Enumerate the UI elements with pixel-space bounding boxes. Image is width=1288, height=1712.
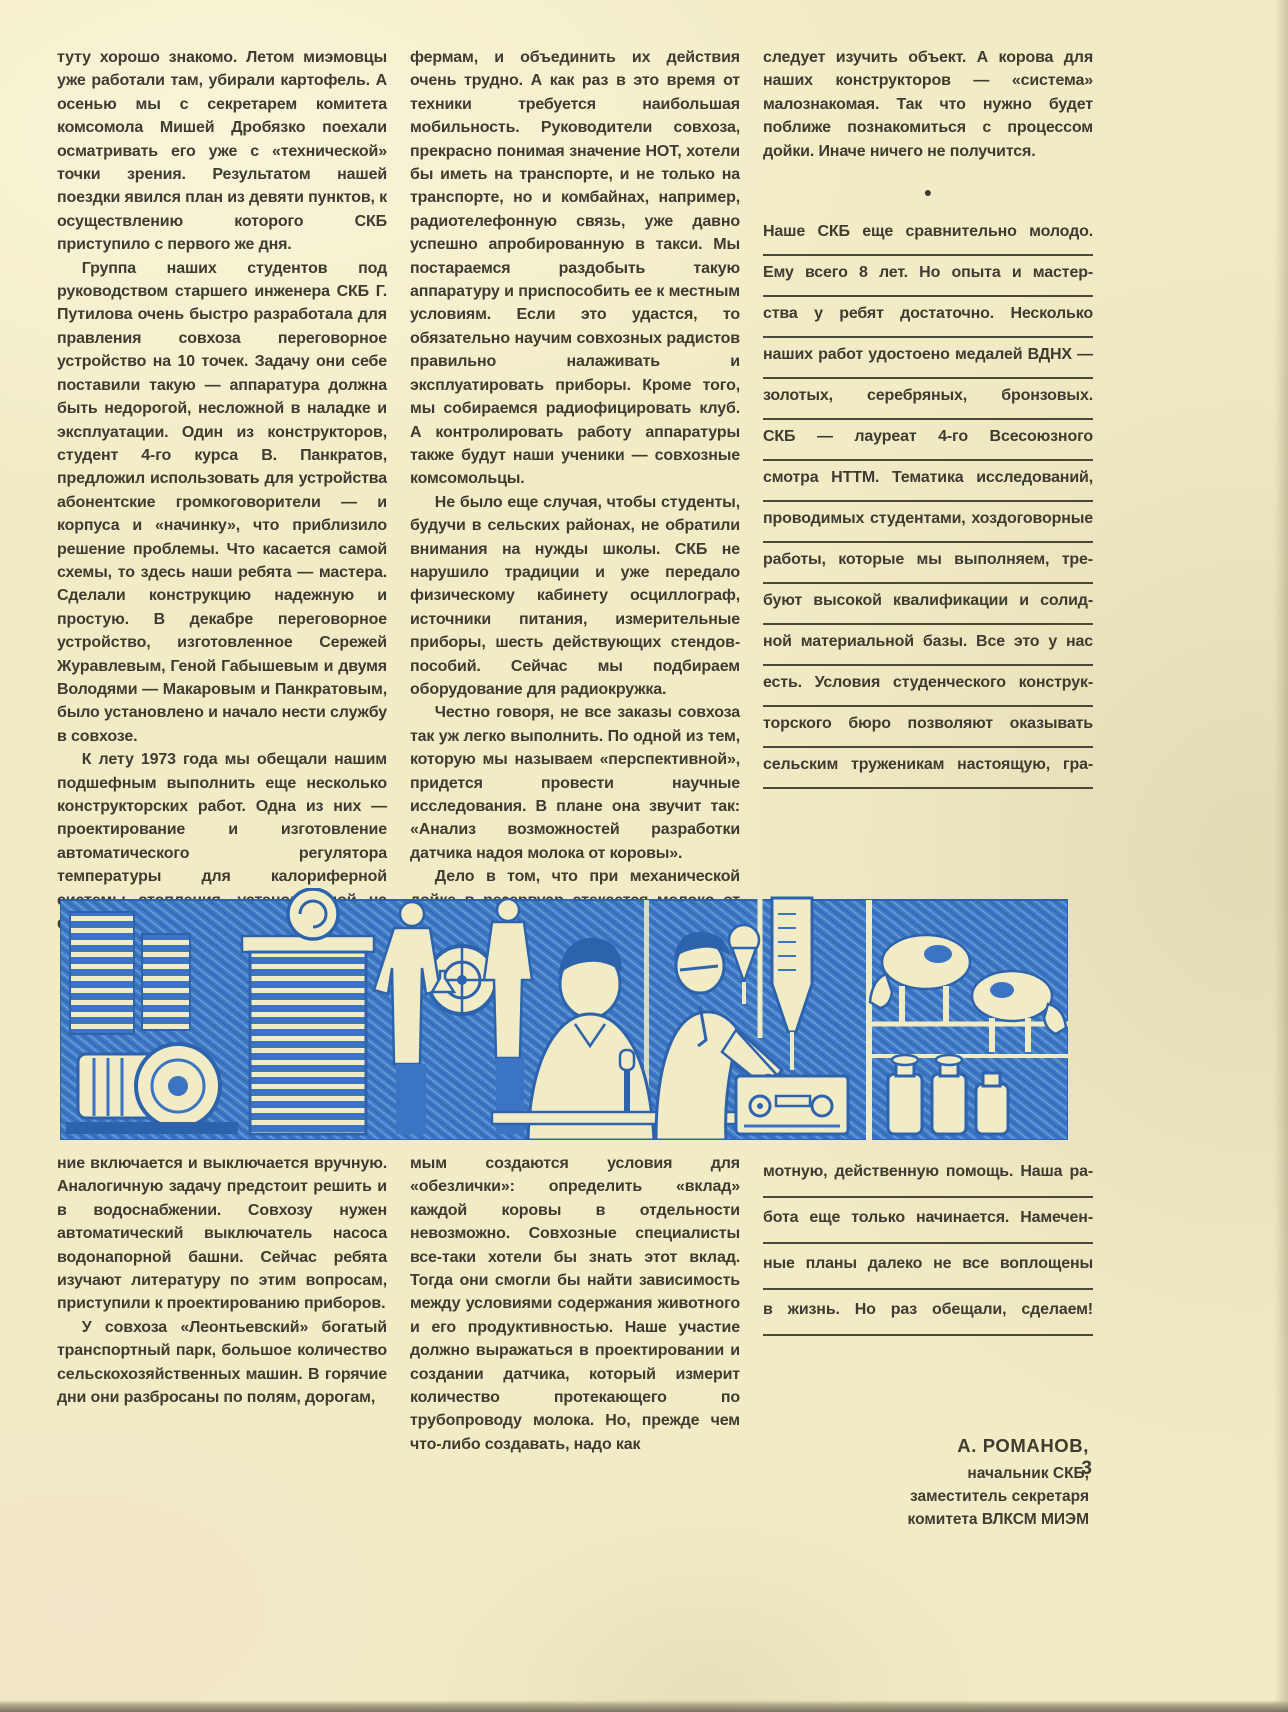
ruled-text-line: буют высокой квалификации и солид- <box>763 584 1093 625</box>
ruled-text-line: Ему всего 8 лет. Но опыта и мастер- <box>763 256 1093 297</box>
text-column-bottom-right: мотную, действенную помощь. Наша ра-бота… <box>763 1152 1093 1531</box>
ruled-text-line: золотых, серебряных, бронзовых. <box>763 379 1093 420</box>
signature-line: заместитель секретаря <box>763 1485 1089 1508</box>
paragraph: туту хорошо знакомо. Летом миэмовцы уже … <box>57 46 387 257</box>
scan-edge-right <box>1274 0 1288 1712</box>
ruled-text-block: мотную, действенную помощь. Наша ра-бота… <box>763 1152 1093 1336</box>
ruled-text-line: ства у ребят достаточно. Несколько <box>763 297 1093 338</box>
ruled-text-line: бота еще только начинается. Намечен- <box>763 1198 1093 1244</box>
ruled-text-line: торского бюро позволяют оказывать <box>763 707 1093 748</box>
ruled-text-line: Наше СКБ еще сравнительно молодо. <box>763 215 1093 256</box>
ruled-text-line: проводимых студентами, хоздоговорные <box>763 502 1093 543</box>
ruled-text-line: есть. Условия студенческого конструк- <box>763 666 1093 707</box>
workshop-illustration-svg <box>60 888 1068 1140</box>
paragraph: Не было еще случая, чтобы студенты, буду… <box>410 491 740 702</box>
paragraph: Группа наших студентов под руководством … <box>57 257 387 749</box>
ruled-text-line: наших работ удостоено медалей ВДНХ — <box>763 338 1093 379</box>
ruled-text-line: СКБ — лауреат 4-го Всесоюзного <box>763 420 1093 461</box>
ruled-text-line: смотра НТТМ. Тематика исследований, <box>763 461 1093 502</box>
ruled-text-block: Наше СКБ еще сравнительно молодо.Ему все… <box>763 215 1093 789</box>
paragraph: мым создаются условия для «обезлички»: о… <box>410 1152 740 1456</box>
ruled-text-line: сельским труженикам настоящую, гра- <box>763 748 1093 789</box>
ruled-text-line: работы, которые мы выполняем, тре- <box>763 543 1093 584</box>
ruled-text-line: в жизнь. Но раз обещали, сделаем! <box>763 1290 1093 1336</box>
text-column-top-right: следует изучить объект. А корова для наш… <box>763 46 1093 789</box>
ruled-text-line: ной материальной базы. Все это у нас <box>763 625 1093 666</box>
text-column-top-left: туту хорошо знакомо. Летом миэмовцы уже … <box>57 46 387 935</box>
signature-line: начальник СКБ, <box>763 1462 1089 1485</box>
section-divider-bullet-icon: ● <box>763 185 1093 199</box>
ruled-text-line: ные планы далеко не все воплощены <box>763 1244 1093 1290</box>
text-column-top-middle: фермам, и объединить их действия очень т… <box>410 46 740 935</box>
paragraph: фермам, и объединить их действия очень т… <box>410 46 740 491</box>
text-column-bottom-middle: мым создаются условия для «обезлички»: о… <box>410 1152 740 1456</box>
paragraph: У совхоза «Леонтьевский» богатый транспо… <box>57 1316 387 1410</box>
paragraph: ние включается и выключается вручную. Ан… <box>57 1152 387 1316</box>
paragraph: следует изучить объект. А корова для наш… <box>763 46 1093 163</box>
signature-line: А. РОМАНОВ, <box>763 1430 1089 1462</box>
scan-edge-bottom <box>0 1700 1288 1712</box>
signature-line: комитета ВЛКСМ МИЭМ <box>763 1508 1089 1531</box>
paragraph: Честно говоря, не все заказы совхоза так… <box>410 701 740 865</box>
magazine-page: туту хорошо знакомо. Летом миэмовцы уже … <box>0 0 1288 1712</box>
text-column-bottom-left: ние включается и выключается вручную. Ан… <box>57 1152 387 1409</box>
ruled-text-line: мотную, действенную помощь. Наша ра- <box>763 1152 1093 1198</box>
author-signature: А. РОМАНОВ,начальник СКБ,заместитель сек… <box>763 1430 1093 1531</box>
workshop-illustration <box>60 888 1068 1140</box>
page-number: 3 <box>1058 1458 1092 1480</box>
